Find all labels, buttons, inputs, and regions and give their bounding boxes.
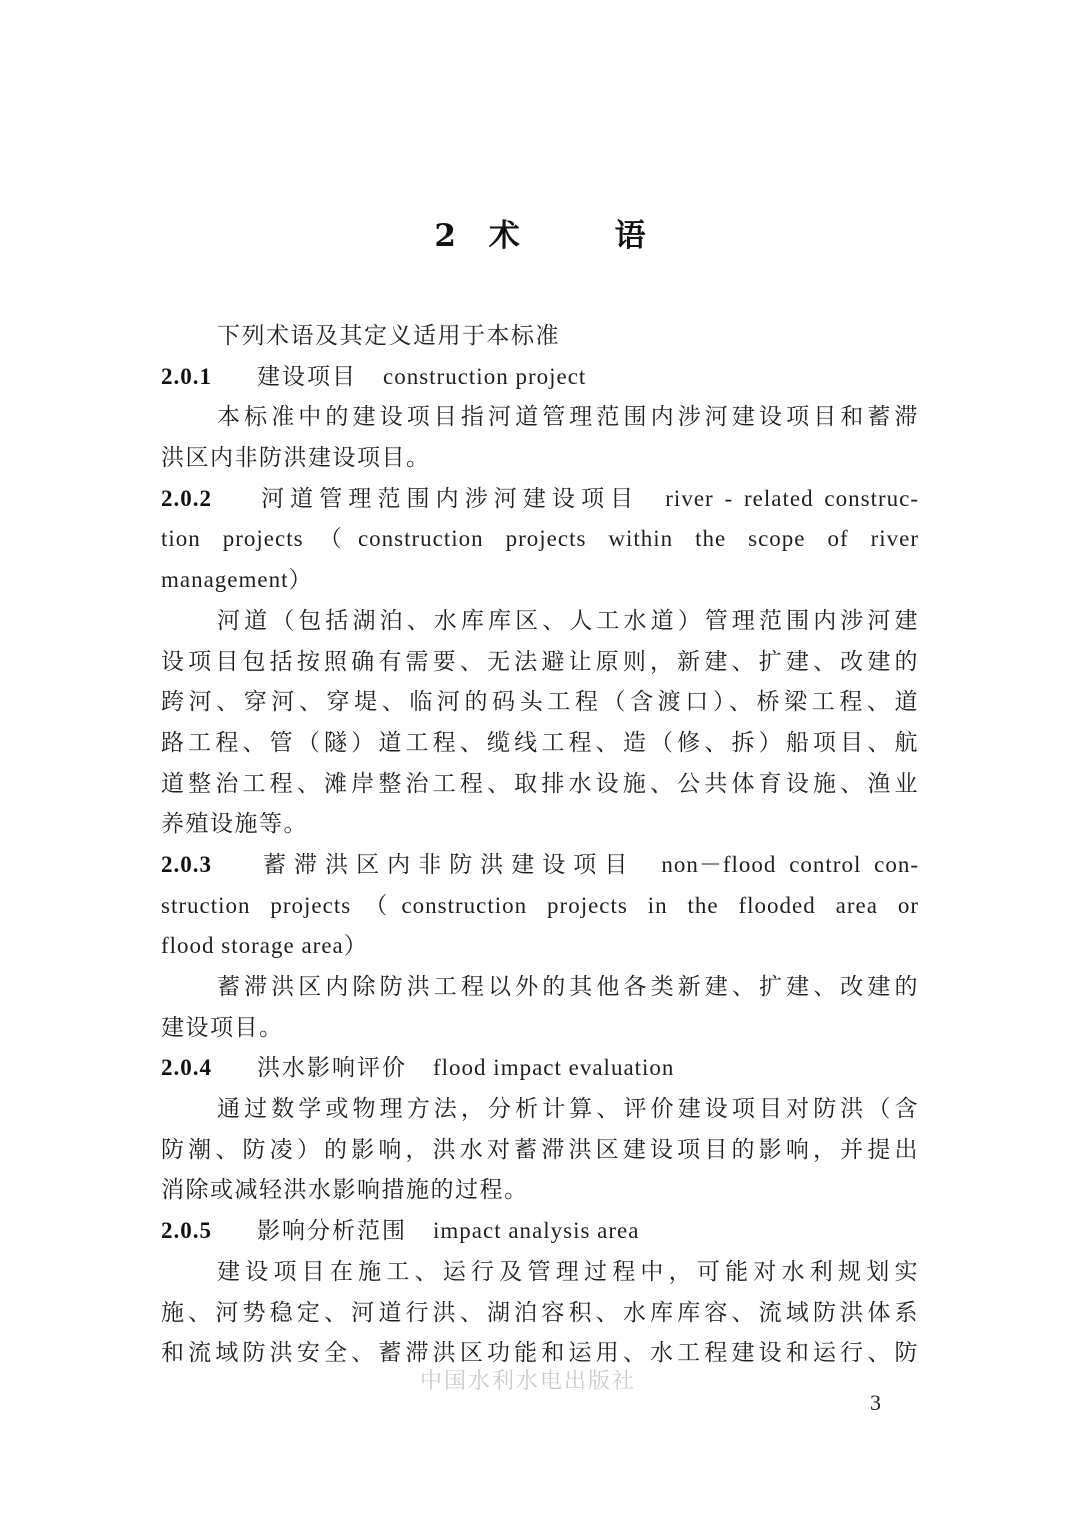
definition-line: 通过数学或物理方法，分析计算、评价建设项目对防洪（含: [161, 1089, 919, 1130]
term-english-continued: tion projects（construction projects with…: [161, 519, 919, 560]
definition-line: 施、河势稳定、河道行洪、湖泊容积、水库库容、流域防洪体系: [161, 1293, 919, 1334]
term-chinese: 建设项目: [257, 364, 357, 390]
term-english-continued: management）: [161, 560, 919, 601]
term-chinese: 蓄滞洪区内非防洪建设项目: [257, 852, 635, 878]
term-heading: 2.0.1建设项目construction project: [161, 357, 919, 398]
definition-line: 河道（包括湖泊、水库库区、人工水道）管理范围内涉河建: [161, 601, 919, 642]
term-number: 2.0.1: [161, 357, 257, 398]
term-number: 2.0.3: [161, 845, 257, 886]
definition-line: 本标准中的建设项目指河道管理范围内涉河建设项目和蓄滞: [161, 397, 919, 438]
chapter-title: 2 术 语: [0, 212, 1080, 260]
chapter-title-part2: 语: [615, 218, 646, 254]
term-english: flood impact evaluation: [433, 1055, 674, 1080]
term-number: 2.0.4: [161, 1048, 257, 1089]
document-page: 2 术 语 下列术语及其定义适用于本标准 2.0.1建设项目constructi…: [0, 0, 1080, 1527]
term-heading: 2.0.2河道管理范围内涉河建设项目river - related constr…: [161, 479, 919, 520]
term-chinese: 影响分析范围: [257, 1218, 407, 1244]
definition-line: 设项目包括按照确有需要、无法避让原则，新建、扩建、改建的: [161, 642, 919, 683]
term-number: 2.0.2: [161, 479, 257, 520]
definition-line: 蓄滞洪区内除防洪工程以外的其他各类新建、扩建、改建的: [161, 967, 919, 1008]
definition-line: 路工程、管（隧）道工程、缆线工程、造（修、拆）船项目、航: [161, 723, 919, 764]
terms-content: 下列术语及其定义适用于本标准 2.0.1建设项目construction pro…: [161, 316, 919, 1374]
term-english-continued: flood storage area）: [161, 926, 919, 967]
definition-line: 养殖设施等。: [161, 804, 919, 845]
intro-paragraph: 下列术语及其定义适用于本标准: [161, 316, 919, 357]
term-english: impact analysis area: [433, 1218, 639, 1243]
term-english: construction project: [383, 364, 586, 389]
definition-line: 建设项目。: [161, 1008, 919, 1049]
definition-line: 跨河、穿河、穿堤、临河的码头工程（含渡口）、桥梁工程、道: [161, 682, 919, 723]
chapter-number: 2: [434, 218, 456, 254]
term-english: river - related construc-: [665, 486, 919, 511]
definition-line: 防潮、防凌）的影响，洪水对蓄滞洪区建设项目的影响，并提出: [161, 1130, 919, 1171]
term-number: 2.0.5: [161, 1211, 257, 1252]
term-heading: 2.0.5影响分析范围impact analysis area: [161, 1211, 919, 1252]
term-heading: 2.0.4洪水影响评价flood impact evaluation: [161, 1048, 919, 1089]
chapter-title-part1: 术: [489, 218, 520, 254]
term-english-continued: struction projects（construction projects…: [161, 886, 919, 927]
term-english: non－flood control con-: [661, 852, 919, 877]
definition-line: 消除或减轻洪水影响措施的过程。: [161, 1170, 919, 1211]
definition-line: 洪区内非防洪建设项目。: [161, 438, 919, 479]
term-chinese: 洪水影响评价: [257, 1055, 407, 1081]
publisher-watermark: 中国水利水电出版社: [420, 1364, 636, 1395]
page-number: 3: [870, 1390, 881, 1416]
definition-line: 建设项目在施工、运行及管理过程中，可能对水利规划实: [161, 1252, 919, 1293]
term-heading: 2.0.3蓄滞洪区内非防洪建设项目non－flood control con-: [161, 845, 919, 886]
term-chinese: 河道管理范围内涉河建设项目: [257, 486, 639, 512]
definition-line: 道整治工程、滩岸整治工程、取排水设施、公共体育设施、渔业: [161, 764, 919, 805]
